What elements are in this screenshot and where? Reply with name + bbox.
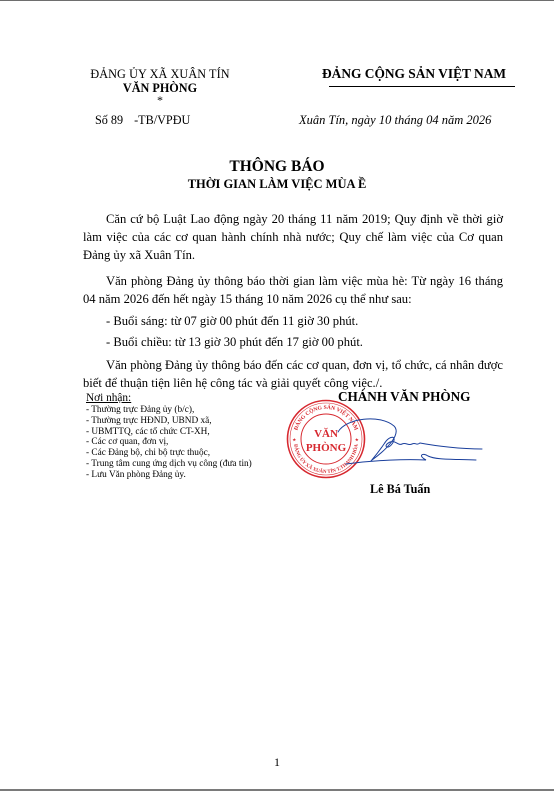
page-top-edge [0, 0, 554, 1]
document-number-suffix: -TB/VPĐU [134, 113, 190, 127]
signatory-name: Lê Bá Tuấn [370, 482, 430, 497]
signatory-title: CHÁNH VĂN PHÒNG [338, 389, 470, 405]
recipients-list: - Thường trực Đảng ủy (b/c), - Thường tr… [86, 405, 252, 481]
document-number-prefix: Số 89 [95, 113, 123, 127]
paragraph-text: Căn cứ bộ Luật Lao động ngày 20 tháng 11… [83, 210, 503, 264]
paragraph-text: Văn phòng Đảng ủy thông báo đến các cơ q… [83, 356, 503, 392]
recipient-item: - Lưu Văn phòng Đảng ủy. [86, 470, 252, 481]
handwritten-signature [336, 416, 486, 468]
schedule-afternoon: - Buổi chiều: từ 13 giờ 30 phút đến 17 g… [106, 335, 363, 350]
document-number: Số 89-TB/VPĐU [95, 113, 190, 128]
recipients-block: Nơi nhận: - Thường trực Đảng ủy (b/c), -… [86, 392, 252, 481]
body-paragraph-legal-basis: Căn cứ bộ Luật Lao động ngày 20 tháng 11… [83, 210, 503, 264]
schedule-morning: - Buổi sáng: từ 07 giờ 00 phút đến 11 gi… [106, 314, 358, 329]
recipient-item: - Các Đảng bộ, chi bộ trực thuộc, [86, 448, 252, 459]
header-left: ĐẢNG ỦY XÃ XUÂN TÍN VĂN PHÒNG * [60, 67, 260, 105]
issuing-org: ĐẢNG ỦY XÃ XUÂN TÍN [60, 67, 260, 81]
party-header: ĐẢNG CỘNG SẢN VIỆT NAM [322, 66, 506, 82]
party-header-underline [329, 86, 515, 87]
paragraph-text: Văn phòng Đảng ủy thông báo thời gian là… [83, 272, 503, 308]
place-and-date: Xuân Tín, ngày 10 tháng 04 năm 2026 [299, 113, 491, 128]
recipient-item: - Thường trực Đảng ủy (b/c), [86, 405, 252, 416]
document-subtitle: THỜI GIAN LÀM VIỆC MÙA Ề [0, 177, 554, 192]
recipient-item: - Thường trực HĐND, UBND xã, [86, 416, 252, 427]
document-title: THÔNG BÁO [0, 158, 554, 176]
recipient-item: - UBMTTQ, các tổ chức CT-XH, [86, 427, 252, 438]
svg-text:★: ★ [293, 437, 297, 442]
recipient-item: - Trung tâm cung ứng dịch vụ công (đưa t… [86, 459, 252, 470]
body-paragraph-schedule: Văn phòng Đảng ủy thông báo thời gian là… [83, 272, 503, 308]
page-number: 1 [0, 755, 554, 770]
recipients-heading: Nơi nhận: [86, 392, 252, 404]
stamp-center-text: VĂN [314, 428, 338, 440]
body-paragraph-closing: Văn phòng Đảng ủy thông báo đến các cơ q… [83, 356, 503, 392]
star-divider: * [60, 95, 260, 105]
recipient-item: - Các cơ quan, đơn vị, [86, 437, 252, 448]
